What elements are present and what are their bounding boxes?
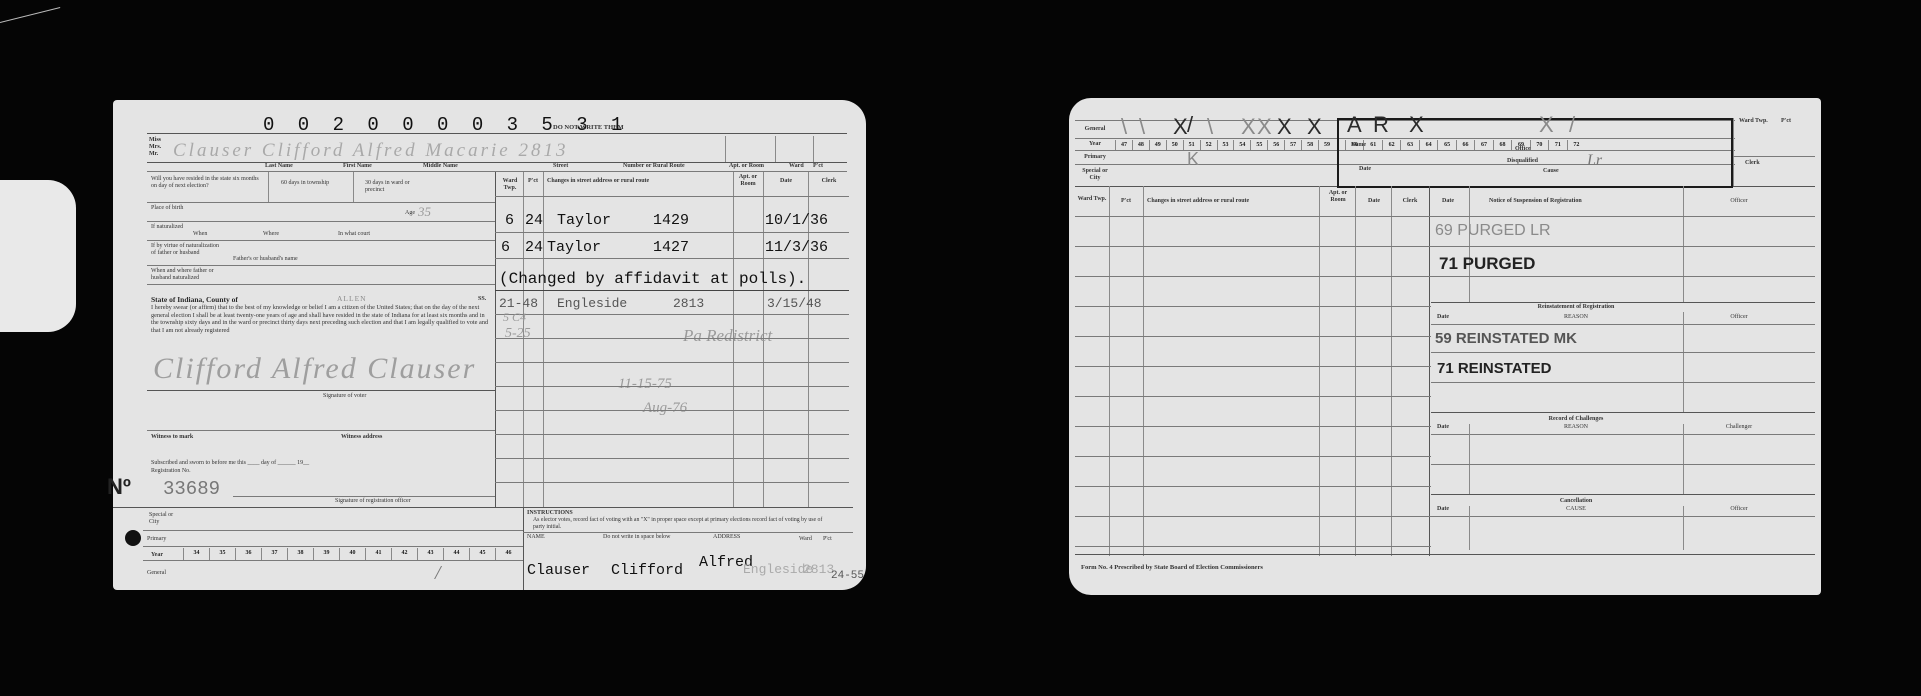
rchg-changes-header: Changes in street address or rural route <box>1147 198 1317 205</box>
col-middle-name: Middle Name <box>423 163 458 170</box>
row1-street: Taylor <box>557 212 611 229</box>
row2-date: 11/3/36 <box>765 239 828 256</box>
rgrid-pct-label: P'ct <box>1781 118 1791 125</box>
instr-pct-label: P'ct <box>823 536 832 543</box>
row2-street: Taylor <box>547 239 601 256</box>
challenges-title: Record of Challenges <box>1469 416 1683 423</box>
ss-label: SS. <box>478 296 486 303</box>
col-ward: Ward <box>789 163 804 170</box>
vote-mark: A <box>1347 114 1362 136</box>
suspension-entry-2: 71 PURGED <box>1439 254 1535 274</box>
year-cell: 52 <box>1200 140 1217 150</box>
rgrid-special-label: Special or City <box>1077 168 1113 182</box>
year-cell: 53 <box>1217 140 1234 150</box>
rgrid-cause-label: Cause <box>1543 168 1559 175</box>
naturalized-court-label: In what court <box>338 231 370 238</box>
instr-do-not-write: Do not write in space below <box>603 534 670 541</box>
year-cell: 47 <box>1115 140 1132 150</box>
naturalized-label: If naturalized <box>151 224 183 231</box>
rgrid-handwritten-mark: Lr <box>1587 152 1602 170</box>
vote-mark: X <box>1257 116 1272 138</box>
susp-notice-header: Notice of Suspension of Registration <box>1489 198 1582 205</box>
year-cell: 41 <box>365 548 391 560</box>
primary-mark: K <box>1187 148 1199 170</box>
cancel-cause-header: CAUSE <box>1469 506 1683 513</box>
note-redistrict: Pa Redistrict <box>683 326 772 346</box>
registration-no-prefix: Nº <box>107 474 131 500</box>
rgrid-primary-label: Primary <box>1077 154 1113 161</box>
year-cell: 49 <box>1149 140 1166 150</box>
rchg-date-header: Date <box>1357 198 1391 205</box>
year-cell: 46 <box>495 548 521 560</box>
grid-label-general: General <box>147 570 166 577</box>
header-clerk: Clerk <box>809 178 849 185</box>
rgrid-clerk-label: Clerk <box>1745 160 1760 167</box>
rchg-pct-header: P'ct <box>1111 198 1141 205</box>
year-cell: 36 <box>235 548 261 560</box>
row1-ward: 6 <box>505 212 514 229</box>
grid-label-primary: Primary <box>147 536 166 543</box>
vote-mark: \ <box>1121 116 1127 138</box>
year-cell: 55 <box>1250 140 1267 150</box>
reinstatement-title: Reinstatement of Registration <box>1469 304 1683 311</box>
year-cell: 48 <box>1132 140 1149 150</box>
registration-number: 33689 <box>163 478 220 500</box>
rgrid-name-label: Name <box>1351 142 1366 149</box>
col-pct: P'ct <box>813 163 823 170</box>
signature-label: Signature of voter <box>323 393 366 400</box>
rgrid-general-label: General <box>1077 126 1113 133</box>
reinst-reason-header: REASON <box>1469 314 1683 321</box>
father-name-label: Father's or husband's name <box>233 256 298 263</box>
year-cell: 34 <box>183 548 209 560</box>
father-when-label: When and where father or husband natural… <box>151 268 231 282</box>
voter-signature: Clifford Alfred Clauser <box>153 352 476 386</box>
salutation-mr: Mr. <box>149 151 158 158</box>
voter-registration-card-front: 0 0 2 0 0 0 0 3 5 3 1 DO NOT WRITE THEM … <box>113 100 866 590</box>
col-number: Number or Rural Route <box>623 163 685 170</box>
vote-mark: X <box>1307 116 1322 138</box>
rgrid-disqualified-label: Disqualified <box>1507 158 1538 165</box>
instructions-title: INSTRUCTIONS <box>527 510 573 517</box>
father-naturalization-label: If by virtue of naturalization of father… <box>151 243 221 257</box>
age-label: Age <box>405 210 415 217</box>
row2-pct: 24 <box>525 239 543 256</box>
general-vote-mark: / <box>435 562 441 585</box>
suspension-entry-1: 69 PURGED LR <box>1435 222 1551 240</box>
row2-number: 1427 <box>653 239 689 256</box>
col-last-name: Last Name <box>265 163 293 170</box>
voter-registration-card-back: General Year Primary Special or City 474… <box>1069 98 1821 595</box>
rchg-clerk-header: Clerk <box>1393 198 1427 205</box>
chal-reason-header: REASON <box>1469 424 1683 431</box>
faint-row-date: 3/15/48 <box>767 296 822 311</box>
instr-ward-label: Ward <box>799 536 812 543</box>
age-value: 35 <box>418 204 431 220</box>
reinstatement-entry-1: 59 REINSTATED MK <box>1435 330 1577 347</box>
reinst-officer-header: Officer <box>1689 314 1789 321</box>
grid-years-row: 34353637383940414243444546 <box>183 548 521 560</box>
year-cell: 45 <box>469 548 495 560</box>
bottom-ward-pct: 24-55 <box>831 570 864 582</box>
chal-date-header: Date <box>1437 424 1449 431</box>
header-note: DO NOT WRITE THEM <box>553 124 624 131</box>
instr-address-label: ADDRESS <box>713 534 740 541</box>
year-cell: 54 <box>1233 140 1250 150</box>
year-cell: 58 <box>1301 140 1318 150</box>
chal-challenger-header: Challenger <box>1689 424 1789 431</box>
instructions-text: As elector votes, record fact of voting … <box>533 517 833 531</box>
year-cell: 35 <box>209 548 235 560</box>
header-changes: Changes in street address or rural route <box>547 178 731 185</box>
year-cell: 42 <box>391 548 417 560</box>
year-cell: 44 <box>443 548 469 560</box>
vote-mark: / <box>1569 114 1575 136</box>
witness-address-label: Witness address <box>341 434 382 441</box>
county-value: ALLEN <box>337 295 367 303</box>
cancel-officer-header: Officer <box>1689 506 1789 513</box>
vote-mark: \ <box>1139 116 1145 138</box>
rchg-apt-header: Apt. or Room <box>1321 190 1355 204</box>
faint-row-number: 2813 <box>673 296 704 311</box>
row1-number: 1429 <box>653 212 689 229</box>
rgrid-years-left: 47484950515253545556575859 <box>1115 140 1335 150</box>
oath-heading: State of Indiana, County of <box>151 296 238 304</box>
naturalized-where-label: Where <box>263 231 279 238</box>
reinst-date-header: Date <box>1437 314 1449 321</box>
note-precinct: 5 C4 <box>503 310 526 325</box>
salutation-miss: Miss <box>149 137 161 144</box>
row1-date: 10/1/36 <box>765 212 828 229</box>
year-cell: 56 <box>1267 140 1284 150</box>
year-cell: 37 <box>261 548 287 560</box>
vote-mark: X <box>1277 116 1292 138</box>
residence-question: Will you have resided in the state six m… <box>151 176 261 190</box>
birth-label: Place of birth <box>151 205 191 212</box>
year-cell: 40 <box>339 548 365 560</box>
header-date: Date <box>764 178 808 185</box>
col-first-name: First Name <box>343 163 372 170</box>
vote-mark: \ <box>1207 116 1213 138</box>
col-apt: Apt. or Room <box>729 163 764 170</box>
faint-row-ward: 21-48 <box>499 296 538 311</box>
township-label: 60 days in township <box>281 180 335 187</box>
film-scratch <box>0 7 60 23</box>
name-line-handwritten: Clauser Clifford Alfred Macarie 2813 <box>173 140 568 162</box>
witness-label: Witness to mark <box>151 434 193 441</box>
header-pct: P'ct <box>524 178 542 185</box>
vote-mark: R <box>1373 114 1389 136</box>
affidavit-note: (Changed by affidavit at polls). <box>499 270 806 288</box>
officer-signature-label: Signature of registration officer <box>335 498 411 505</box>
bottom-first-name: Clifford <box>611 562 683 579</box>
note-ward-change: 5-25 <box>505 326 531 342</box>
bottom-number: 2813 <box>803 562 834 577</box>
row2-ward: 6 <box>501 239 510 256</box>
rgrid-ward-label: Ward Twp. <box>1739 118 1769 125</box>
susp-officer-header: Officer <box>1689 198 1789 205</box>
note-date-1: 11-15-75 <box>618 376 672 393</box>
rgrid-bold-box <box>1337 118 1733 188</box>
year-cell: 43 <box>417 548 443 560</box>
subscribed-label: Subscribed and sworn to before me this _… <box>151 460 309 467</box>
rgrid-year-label: Year <box>1077 141 1113 148</box>
cancel-date-header: Date <box>1437 506 1449 513</box>
rgrid-office-label: Office <box>1515 146 1531 153</box>
year-cell: 59 <box>1318 140 1335 150</box>
vote-mark: X <box>1539 114 1554 136</box>
faint-row-street: Engleside <box>557 296 627 311</box>
year-cell: 57 <box>1284 140 1301 150</box>
col-street: Street <box>553 163 568 170</box>
registration-label: Registration No. <box>151 468 191 475</box>
rchg-ward-header: Ward Twp. <box>1075 196 1109 203</box>
cancellation-title: Cancellation <box>1469 498 1683 505</box>
vote-mark: / <box>1187 114 1193 136</box>
bottom-last-name: Clauser <box>527 562 590 579</box>
vote-mark: X <box>1409 114 1424 136</box>
row1-pct: 24 <box>525 212 543 229</box>
salutation-mrs: Mrs. <box>149 144 161 151</box>
oath-text: I hereby swear (or affirm) that to the b… <box>151 304 491 334</box>
grid-label-special: Special or City <box>149 512 177 526</box>
vote-mark: X <box>1173 116 1188 138</box>
reinstatement-entry-2: 71 REINSTATED <box>1437 360 1551 377</box>
instr-name-label: NAME <box>527 534 545 541</box>
year-cell: 38 <box>287 548 313 560</box>
vote-mark: X <box>1241 116 1256 138</box>
rgrid-date-label: Date <box>1359 166 1371 173</box>
header-ward-twp: Ward Twp. <box>497 178 523 192</box>
grid-label-year: Year <box>151 552 163 559</box>
punch-hole <box>125 530 141 546</box>
header-apt: Apt. or Room <box>734 174 762 188</box>
naturalized-when-label: When <box>193 231 207 238</box>
susp-date-header: Date <box>1431 198 1465 205</box>
form-footer: Form No. 4 Prescribed by State Board of … <box>1081 564 1263 571</box>
ward-residence-label: 30 days in ward or precinct <box>365 180 425 194</box>
year-cell: 39 <box>313 548 339 560</box>
note-date-2: Aug-76 <box>643 400 687 417</box>
adjacent-card-edge <box>0 180 76 332</box>
year-cell: 50 <box>1166 140 1183 150</box>
